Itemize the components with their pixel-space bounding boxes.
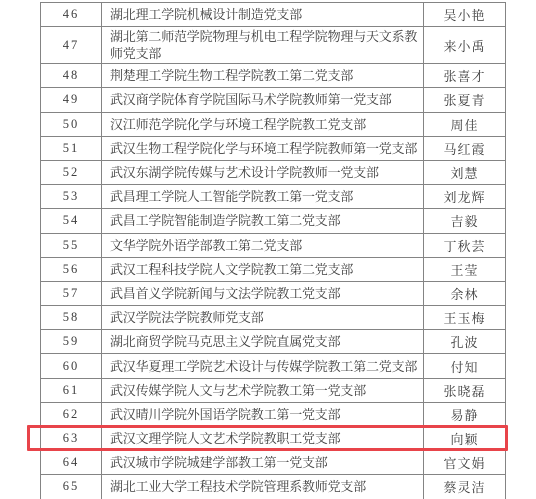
row-number-cell: 47 (41, 27, 102, 64)
row-number-cell: 62 (41, 402, 102, 426)
secretary-name-cell: 吴小艳 (424, 3, 506, 27)
results-table: 46 湖北理工学院机械设计制造党支部 吴小艳 47 湖北第二师范学院物理与机电工… (40, 2, 506, 499)
branch-name-cell: 湖北理工学院机械设计制造党支部 (102, 3, 424, 27)
table-row: 65 湖北工业大学工程技术学院管理系教师党支部 蔡灵洁 (41, 475, 506, 499)
secretary-name-cell: 张喜才 (424, 64, 506, 88)
row-number-cell: 52 (41, 160, 102, 184)
branch-name-cell: 武昌首义学院新闻与文法学院教工党支部 (102, 281, 424, 305)
branch-name-cell: 汉江师范学院化学与环境工程学院教工党支部 (102, 112, 424, 136)
secretary-name-cell: 吉毅 (424, 209, 506, 233)
row-number-cell: 49 (41, 88, 102, 112)
table-row: 51 武汉生物工程学院化学与环境工程学院教师第一党支部 马红霞 (41, 136, 506, 160)
secretary-name-cell: 刘龙辉 (424, 185, 506, 209)
document-page: 46 湖北理工学院机械设计制造党支部 吴小艳 47 湖北第二师范学院物理与机电工… (0, 0, 536, 499)
row-number-cell: 51 (41, 136, 102, 160)
secretary-name-cell: 周佳 (424, 112, 506, 136)
secretary-name-cell: 向颖 (424, 427, 506, 451)
secretary-name-cell: 余林 (424, 281, 506, 305)
table-row: 57 武昌首义学院新闻与文法学院教工党支部 余林 (41, 281, 506, 305)
secretary-name-cell: 易静 (424, 402, 506, 426)
branch-name-cell: 武汉学院法学院教师党支部 (102, 306, 424, 330)
secretary-name-cell: 刘慧 (424, 160, 506, 184)
row-number-cell: 54 (41, 209, 102, 233)
table-row: 53 武昌理工学院人工智能学院教工第一党支部 刘龙辉 (41, 185, 506, 209)
branch-name-cell: 武昌理工学院人工智能学院教工第一党支部 (102, 185, 424, 209)
table-row: 48 荆楚理工学院生物工程学院教工第二党支部 张喜才 (41, 64, 506, 88)
secretary-name-cell: 王莹 (424, 257, 506, 281)
branch-name-cell: 湖北第二师范学院物理与机电工程学院物理与天文系教师党支部 (102, 27, 424, 64)
branch-name-cell: 武汉工程科技学院人文学院教工第二党支部 (102, 257, 424, 281)
branch-name-cell: 武汉晴川学院外国语学院教工第一党支部 (102, 402, 424, 426)
row-number-cell: 64 (41, 451, 102, 475)
table-row: 60 武汉华夏理工学院艺术设计与传媒学院教工第二党支部 付知 (41, 354, 506, 378)
row-number-cell: 48 (41, 64, 102, 88)
table-row: 47 湖北第二师范学院物理与机电工程学院物理与天文系教师党支部 来小禹 (41, 27, 506, 64)
row-number-cell: 50 (41, 112, 102, 136)
table-row: 50 汉江师范学院化学与环境工程学院教工党支部 周佳 (41, 112, 506, 136)
branch-name-cell: 武昌工学院智能制造学院教工第二党支部 (102, 209, 424, 233)
secretary-name-cell: 张晓磊 (424, 378, 506, 402)
row-number-cell: 59 (41, 330, 102, 354)
branch-name-cell: 武汉华夏理工学院艺术设计与传媒学院教工第二党支部 (102, 354, 424, 378)
table-row: 52 武汉东湖学院传媒与艺术设计学院教师一党支部 刘慧 (41, 160, 506, 184)
row-number-cell: 57 (41, 281, 102, 305)
branch-name-cell: 武汉商学院体育学院国际马术学院教师第一党支部 (102, 88, 424, 112)
secretary-name-cell: 王玉梅 (424, 306, 506, 330)
row-number-cell: 55 (41, 233, 102, 257)
branch-name-cell: 武汉文理学院人文艺术学院教职工党支部 (102, 427, 424, 451)
row-number-cell: 60 (41, 354, 102, 378)
branch-name-cell: 武汉东湖学院传媒与艺术设计学院教师一党支部 (102, 160, 424, 184)
branch-name-cell: 文华学院外语学部教工第二党支部 (102, 233, 424, 257)
secretary-name-cell: 孔波 (424, 330, 506, 354)
table-row: 59 湖北商贸学院马克思主义学院直属党支部 孔波 (41, 330, 506, 354)
table-row: 63 武汉文理学院人文艺术学院教职工党支部 向颖 (41, 427, 506, 451)
table-row: 49 武汉商学院体育学院国际马术学院教师第一党支部 张夏青 (41, 88, 506, 112)
table-row: 54 武昌工学院智能制造学院教工第二党支部 吉毅 (41, 209, 506, 233)
secretary-name-cell: 付知 (424, 354, 506, 378)
secretary-name-cell: 官文娟 (424, 451, 506, 475)
table-row: 58 武汉学院法学院教师党支部 王玉梅 (41, 306, 506, 330)
table-row: 46 湖北理工学院机械设计制造党支部 吴小艳 (41, 3, 506, 27)
row-number-cell: 56 (41, 257, 102, 281)
table-row: 61 武汉传媒学院人文与艺术学院教工第一党支部 张晓磊 (41, 378, 506, 402)
secretary-name-cell: 来小禹 (424, 27, 506, 64)
branch-name-cell: 武汉传媒学院人文与艺术学院教工第一党支部 (102, 378, 424, 402)
branch-name-cell: 荆楚理工学院生物工程学院教工第二党支部 (102, 64, 424, 88)
secretary-name-cell: 丁秋芸 (424, 233, 506, 257)
table-row: 64 武汉城市学院城建学部教工第一党支部 官文娟 (41, 451, 506, 475)
row-number-cell: 53 (41, 185, 102, 209)
table-row: 62 武汉晴川学院外国语学院教工第一党支部 易静 (41, 402, 506, 426)
row-number-cell: 65 (41, 475, 102, 499)
branch-name-cell: 武汉城市学院城建学部教工第一党支部 (102, 451, 424, 475)
row-number-cell: 63 (41, 427, 102, 451)
results-table-body: 46 湖北理工学院机械设计制造党支部 吴小艳 47 湖北第二师范学院物理与机电工… (41, 3, 506, 499)
table-row: 56 武汉工程科技学院人文学院教工第二党支部 王莹 (41, 257, 506, 281)
row-number-cell: 46 (41, 3, 102, 27)
branch-name-cell: 湖北商贸学院马克思主义学院直属党支部 (102, 330, 424, 354)
branch-name-cell: 武汉生物工程学院化学与环境工程学院教师第一党支部 (102, 136, 424, 160)
row-number-cell: 61 (41, 378, 102, 402)
secretary-name-cell: 张夏青 (424, 88, 506, 112)
secretary-name-cell: 马红霞 (424, 136, 506, 160)
secretary-name-cell: 蔡灵洁 (424, 475, 506, 499)
table-row: 55 文华学院外语学部教工第二党支部 丁秋芸 (41, 233, 506, 257)
branch-name-cell: 湖北工业大学工程技术学院管理系教师党支部 (102, 475, 424, 499)
row-number-cell: 58 (41, 306, 102, 330)
